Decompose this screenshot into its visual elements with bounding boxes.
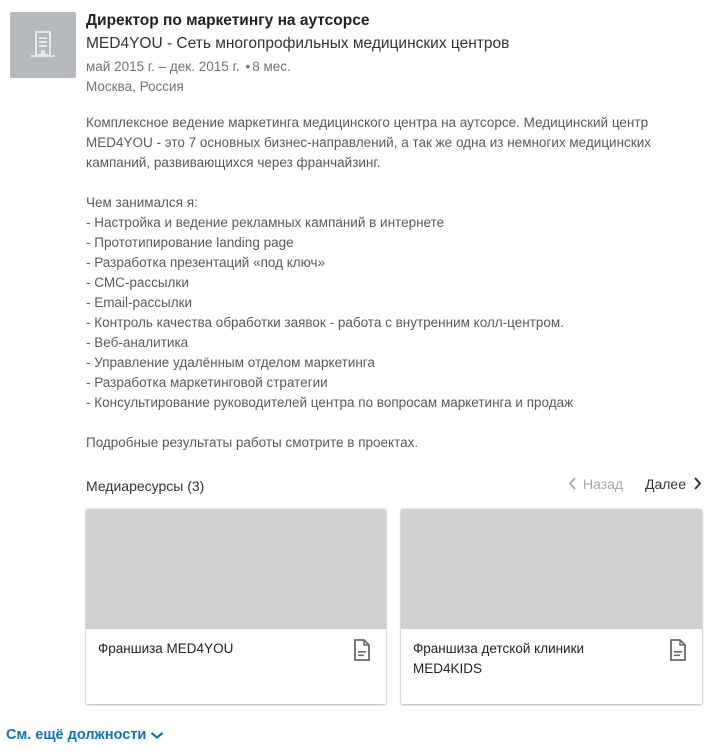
media-heading: Медиаресурсы (3): [86, 478, 204, 494]
company-logo[interactable]: [10, 12, 76, 78]
next-label: Далее: [645, 476, 686, 492]
media-header: Медиаресурсы (3) Назад Далее: [86, 476, 702, 498]
task-item: - Email-рассылки: [86, 293, 702, 313]
chevron-right-icon: [693, 477, 702, 490]
media-thumbnail[interactable]: [401, 509, 702, 629]
media-card[interactable]: Франшиза MED4YOU: [86, 509, 386, 704]
document-icon: [353, 639, 371, 661]
chevron-left-icon: [568, 477, 577, 490]
media-card[interactable]: Франшиза детской клиники MED4KIDS: [401, 509, 702, 704]
position-title: Директор по маркетингу на аутсорсе: [86, 10, 696, 31]
intro-line: кампаний, развивающихся через франчайзин…: [86, 153, 702, 173]
date-range: май 2015 г. – дек. 2015 г.•8 мес.: [86, 57, 696, 77]
task-item: - Разработка маркетинговой стратегии: [86, 373, 702, 393]
task-item: - СМС-рассылки: [86, 273, 702, 293]
intro-line: MED4YOU - это 7 основных бизнес-направле…: [86, 133, 702, 153]
separator-dot: •: [246, 59, 251, 74]
prev-label: Назад: [583, 476, 623, 492]
media-card-title[interactable]: Франшиза MED4YOU: [98, 639, 318, 659]
chevron-down-icon: [150, 731, 164, 740]
location: Москва, Россия: [86, 77, 696, 97]
outro-text: Подробные результаты работы смотрите в п…: [86, 433, 702, 453]
date-range-text: май 2015 г. – дек. 2015 г.: [86, 59, 240, 74]
task-item: - Веб-аналитика: [86, 333, 702, 353]
prev-button[interactable]: Назад: [568, 476, 627, 492]
media-pagination: Назад Далее: [568, 476, 702, 492]
duration: 8 мес.: [252, 59, 291, 74]
see-more-label: См. ещё должности: [6, 727, 146, 743]
building-icon: [27, 29, 59, 61]
position-header: Директор по маркетингу на аутсорсе MED4Y…: [86, 10, 696, 97]
task-item: - Разработка презентаций «под ключ»: [86, 253, 702, 273]
intro-line: Комплексное ведение маркетинга медицинск…: [86, 113, 702, 133]
task-item: - Консультирование руководителей центра …: [86, 393, 702, 413]
next-button[interactable]: Далее: [645, 476, 702, 492]
task-item: - Настройка и ведение рекламных кампаний…: [86, 213, 702, 233]
task-item: - Прототипирование landing page: [86, 233, 702, 253]
position-description: Комплексное ведение маркетинга медицинск…: [86, 113, 702, 453]
document-icon: [669, 639, 687, 661]
company-name[interactable]: MED4YOU - Сеть многопрофильных медицинск…: [86, 32, 696, 56]
see-more-positions-link[interactable]: См. ещё должности: [6, 727, 164, 743]
tasks-heading: Чем занимался я:: [86, 193, 702, 213]
media-card-title[interactable]: Франшиза детской клиники MED4KIDS: [413, 639, 633, 679]
task-item: - Контроль качества обработки заявок - р…: [86, 313, 702, 333]
media-thumbnail[interactable]: [86, 509, 386, 629]
task-item: - Управление удалённым отделом маркетинг…: [86, 353, 702, 373]
